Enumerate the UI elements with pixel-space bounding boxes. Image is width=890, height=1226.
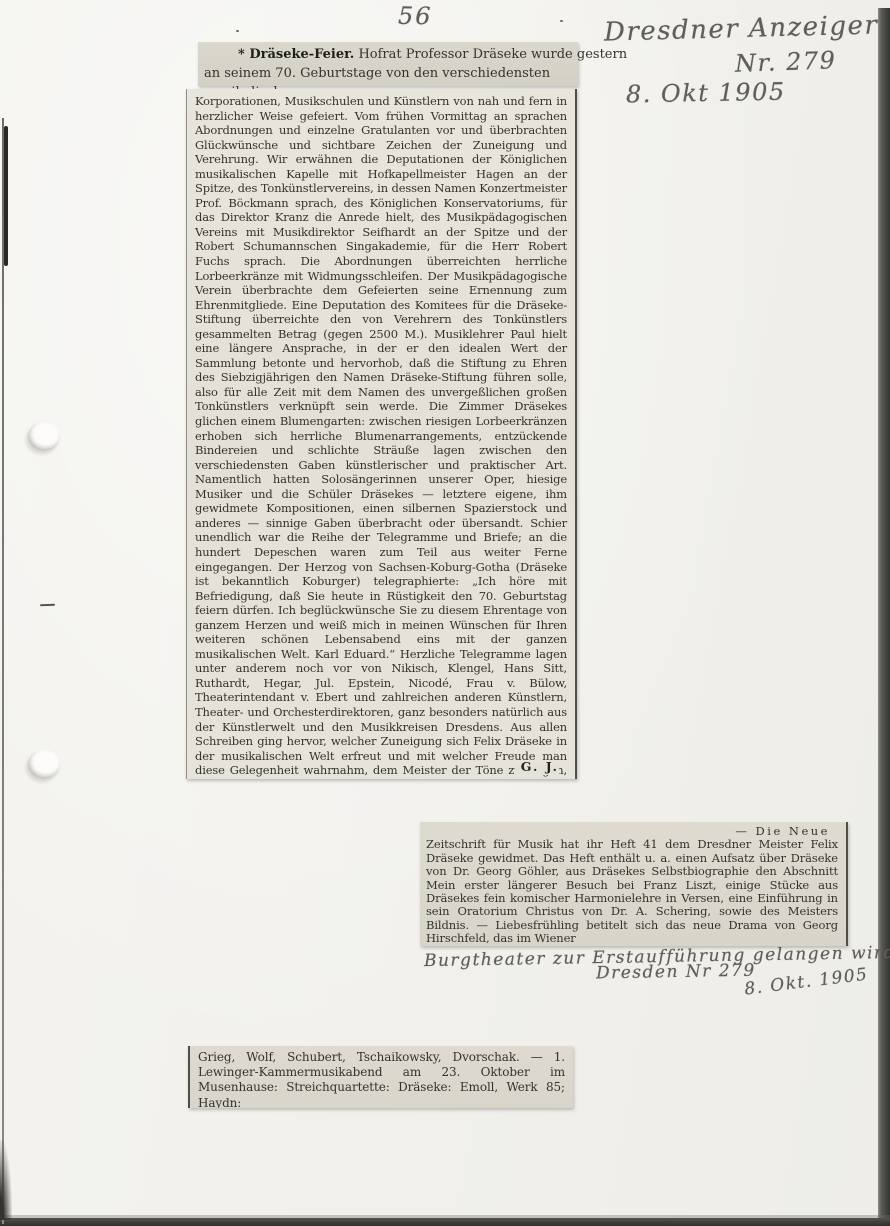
scanned-document-page: 56 Dresdner Anzeiger Nr. 279 8. Okt 1905…	[0, 0, 890, 1226]
headline-line1: * Dräseke-Feier. Hofrat Professor Dräsek…	[204, 45, 572, 64]
scan-edge-right	[878, 8, 890, 1226]
handwritten-source-note-date: 8. Okt. 1905	[743, 964, 869, 999]
scan-edge-bottom	[0, 1218, 890, 1226]
scan-speck	[560, 20, 563, 22]
concert-notice-text: Grieg, Wolf, Schubert, Tschaikowsky, Dvo…	[198, 1050, 565, 1108]
punch-hole-bottom	[28, 750, 60, 779]
scan-speck	[236, 30, 239, 32]
handwritten-issue-number: Nr. 279	[735, 46, 837, 78]
headline-lead: * Dräseke-Feier.	[238, 47, 354, 62]
article-text: Korporationen, Musikschulen und Künstler…	[195, 94, 567, 779]
handwritten-page-number: 56	[398, 2, 433, 31]
punch-hole-top	[28, 422, 60, 451]
handwritten-date: 8. Okt 1905	[626, 78, 786, 109]
clipping1-headline: * Dräseke-Feier. Hofrat Professor Dräsek…	[198, 42, 578, 86]
scan-corner-smudge	[0, 1140, 12, 1220]
clipping1-article-body: Korporationen, Musikschulen und Künstler…	[186, 89, 577, 779]
pencil-dash-mark	[40, 604, 55, 607]
clipping3-concert-notice: Grieg, Wolf, Schubert, Tschaikowsky, Dvo…	[188, 1046, 573, 1108]
notice-opening: — Die Neue	[426, 825, 838, 838]
handwritten-source-title: Dresdner Anzeiger	[604, 10, 879, 47]
clipping2-notice: — Die Neue Zeitschrift für Musik hat ihr…	[420, 822, 848, 946]
article-signature: G. J.	[515, 760, 559, 775]
notice-text: Zeitschrift für Musik hat ihr Heft 41 de…	[426, 837, 838, 945]
scan-edge-left-dark-mark	[4, 126, 8, 266]
scan-edge-left	[2, 118, 4, 1224]
headline-lead-rest: Hofrat Professor Dräseke wurde gestern	[354, 47, 627, 62]
handwritten-source-note: Dresden Nr 279	[596, 961, 756, 984]
